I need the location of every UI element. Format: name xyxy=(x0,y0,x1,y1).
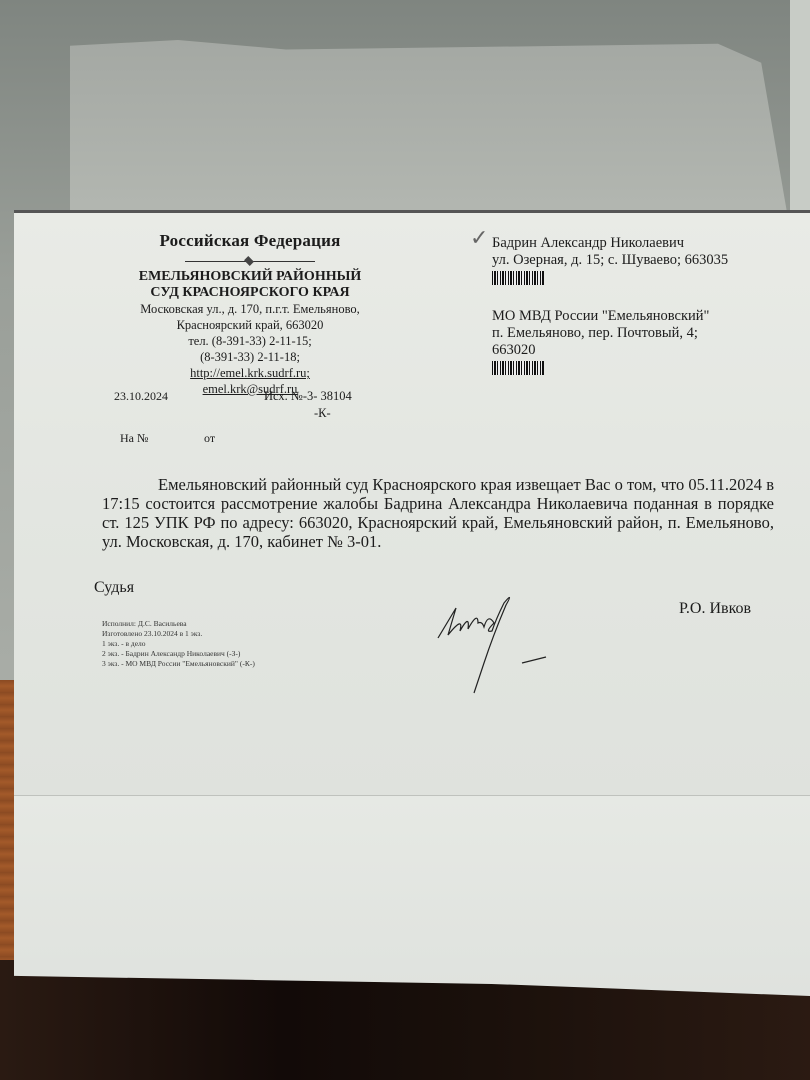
letterhead: Российская Федерация ЕМЕЛЬЯНОВСКИЙ РАЙОН… xyxy=(114,231,386,397)
outgoing-suffix: -К- xyxy=(314,406,331,421)
note-line: Изготовлено 23.10.2024 в 1 экз. xyxy=(102,629,255,639)
court-website-link[interactable]: http://emel.krk.sudrf.ru; xyxy=(114,365,386,381)
court-name-line2: СУД КРАСНОЯРСКОГО КРАЯ xyxy=(114,285,386,301)
barcode-icon xyxy=(492,271,544,285)
recipient-name: Бадрин Александр Николаевич xyxy=(492,235,728,252)
outgoing-number: Исх. №-3- 38104 xyxy=(264,389,352,404)
judge-name: Р.О. Ивков xyxy=(679,600,751,618)
note-line: 1 экз. - в дело xyxy=(102,639,255,649)
check-mark-icon: ✓ xyxy=(470,225,488,251)
court-phone-line1: тел. (8-391-33) 2-11-15; xyxy=(114,333,386,349)
execution-notes: Исполнил: Д.С. Васильева Изготовлено 23.… xyxy=(102,619,255,669)
reference-from-label: от xyxy=(204,431,215,446)
reference-number-label: На № xyxy=(120,431,148,446)
folded-sheet-bottom xyxy=(14,795,810,996)
barcode-icon xyxy=(492,361,544,375)
court-address-line2: Красноярский край, 663020 xyxy=(114,317,386,333)
recipient-name: МО МВД России "Емельяновский" xyxy=(492,308,709,325)
recipient-2: МО МВД России "Емельяновский" п. Емельян… xyxy=(492,308,709,375)
notice-body: Емельяновский районный суд Красноярского… xyxy=(102,475,774,551)
recipient-address: п. Емельяново, пер. Почтовый, 4; xyxy=(492,325,709,342)
note-line: 2 экз. - Бадрин Александр Николаевич (-З… xyxy=(102,649,255,659)
recipient-address: ул. Озерная, д. 15; с. Шуваево; 663035 xyxy=(492,252,728,269)
note-line: 3 экз. - МО МВД России "Емельяновский" (… xyxy=(102,659,255,669)
court-name-line1: ЕМЕЛЬЯНОВСКИЙ РАЙОННЫЙ xyxy=(114,269,386,285)
court-notice-letter: Российская Федерация ЕМЕЛЬЯНОВСКИЙ РАЙОН… xyxy=(14,210,810,798)
handwritten-signature-icon xyxy=(434,593,564,703)
note-line: Исполнил: Д.С. Васильева xyxy=(102,619,255,629)
court-address-line1: Московская ул., д. 170, п.г.т. Емельянов… xyxy=(114,301,386,317)
judge-title: Судья xyxy=(94,579,134,597)
court-phone-line2: (8-391-33) 2-11-18; xyxy=(114,349,386,365)
recipient-1: Бадрин Александр Николаевич ул. Озерная,… xyxy=(492,235,728,285)
country-title: Российская Федерация xyxy=(114,231,386,251)
folded-sheet-top xyxy=(70,40,790,230)
ornament-divider xyxy=(185,257,315,265)
recipient-postcode: 663020 xyxy=(492,342,709,359)
letter-date: 23.10.2024 xyxy=(114,389,168,404)
